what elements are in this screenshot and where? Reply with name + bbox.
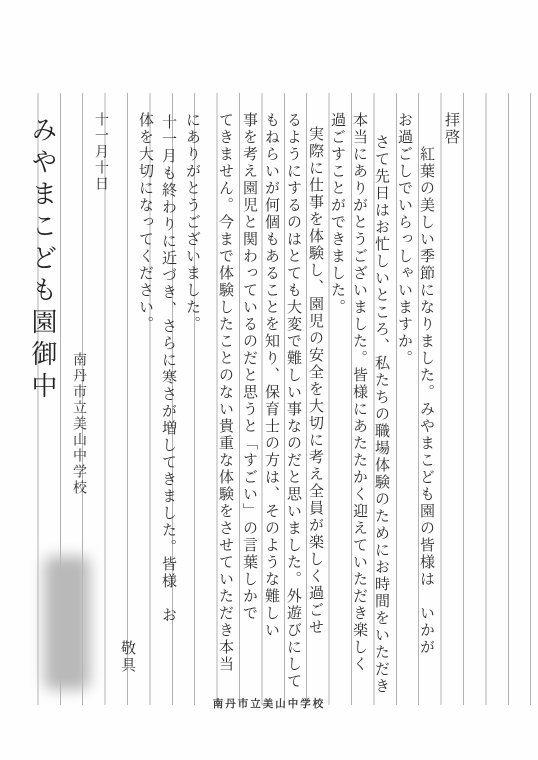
body-column: 十一月も終わりに近づき、さらに寒さが増してきました。皆様 お: [158, 114, 180, 624]
letter-opening: 拝啓: [441, 112, 463, 146]
body-column: 実際に仕事を体験し、園児の安全を大切に考え全員が楽しく過ごせ: [305, 126, 327, 636]
recipient-name: みやまこども園御中: [24, 116, 60, 404]
letter-page: 拝啓 紅葉の美しい季節になりました。みやまこども園の皆様は いかが お過ごしでい…: [0, 0, 538, 760]
body-column: にありがとうございました。: [182, 112, 204, 333]
body-column: 体を大切になってください。: [135, 112, 157, 333]
redacted-sender-name: [44, 556, 90, 690]
body-column: 紅葉の美しい季節になりました。みやまこども園の皆様は いかが: [416, 146, 438, 656]
letter-date: 十一月十日: [90, 112, 112, 192]
body-column: さて先日はお忙しいところ、私たちの職場体験のためにお時間をいただき: [371, 134, 393, 695]
body-column: もねらいが何個もあることを知り、保育士の方は、そのような難しい: [261, 112, 283, 639]
body-column: 過ごすことができました。: [327, 112, 349, 316]
footer-school-name: 南丹市立美山中学校: [0, 696, 538, 711]
body-column: 事を考え園児と関わっているのだと思うと「すごい」の言葉しかで: [239, 112, 261, 622]
body-column: てきません。今まで体験したことのない貴重な体験をさせていただき本当: [215, 112, 237, 673]
letter-closing: 敬具: [117, 640, 139, 674]
sender-school-name: 南丹市立美山中学校: [68, 352, 90, 496]
body-column: るようにするのはとても大変で難しい事なのだと思いました。外遊びにして: [283, 112, 305, 690]
body-column: お過ごしでいらっしゃいますか。: [394, 112, 416, 367]
body-column: 本当にありがとうございました。皆様にあたたかく迎えていただき楽しく: [349, 112, 371, 673]
